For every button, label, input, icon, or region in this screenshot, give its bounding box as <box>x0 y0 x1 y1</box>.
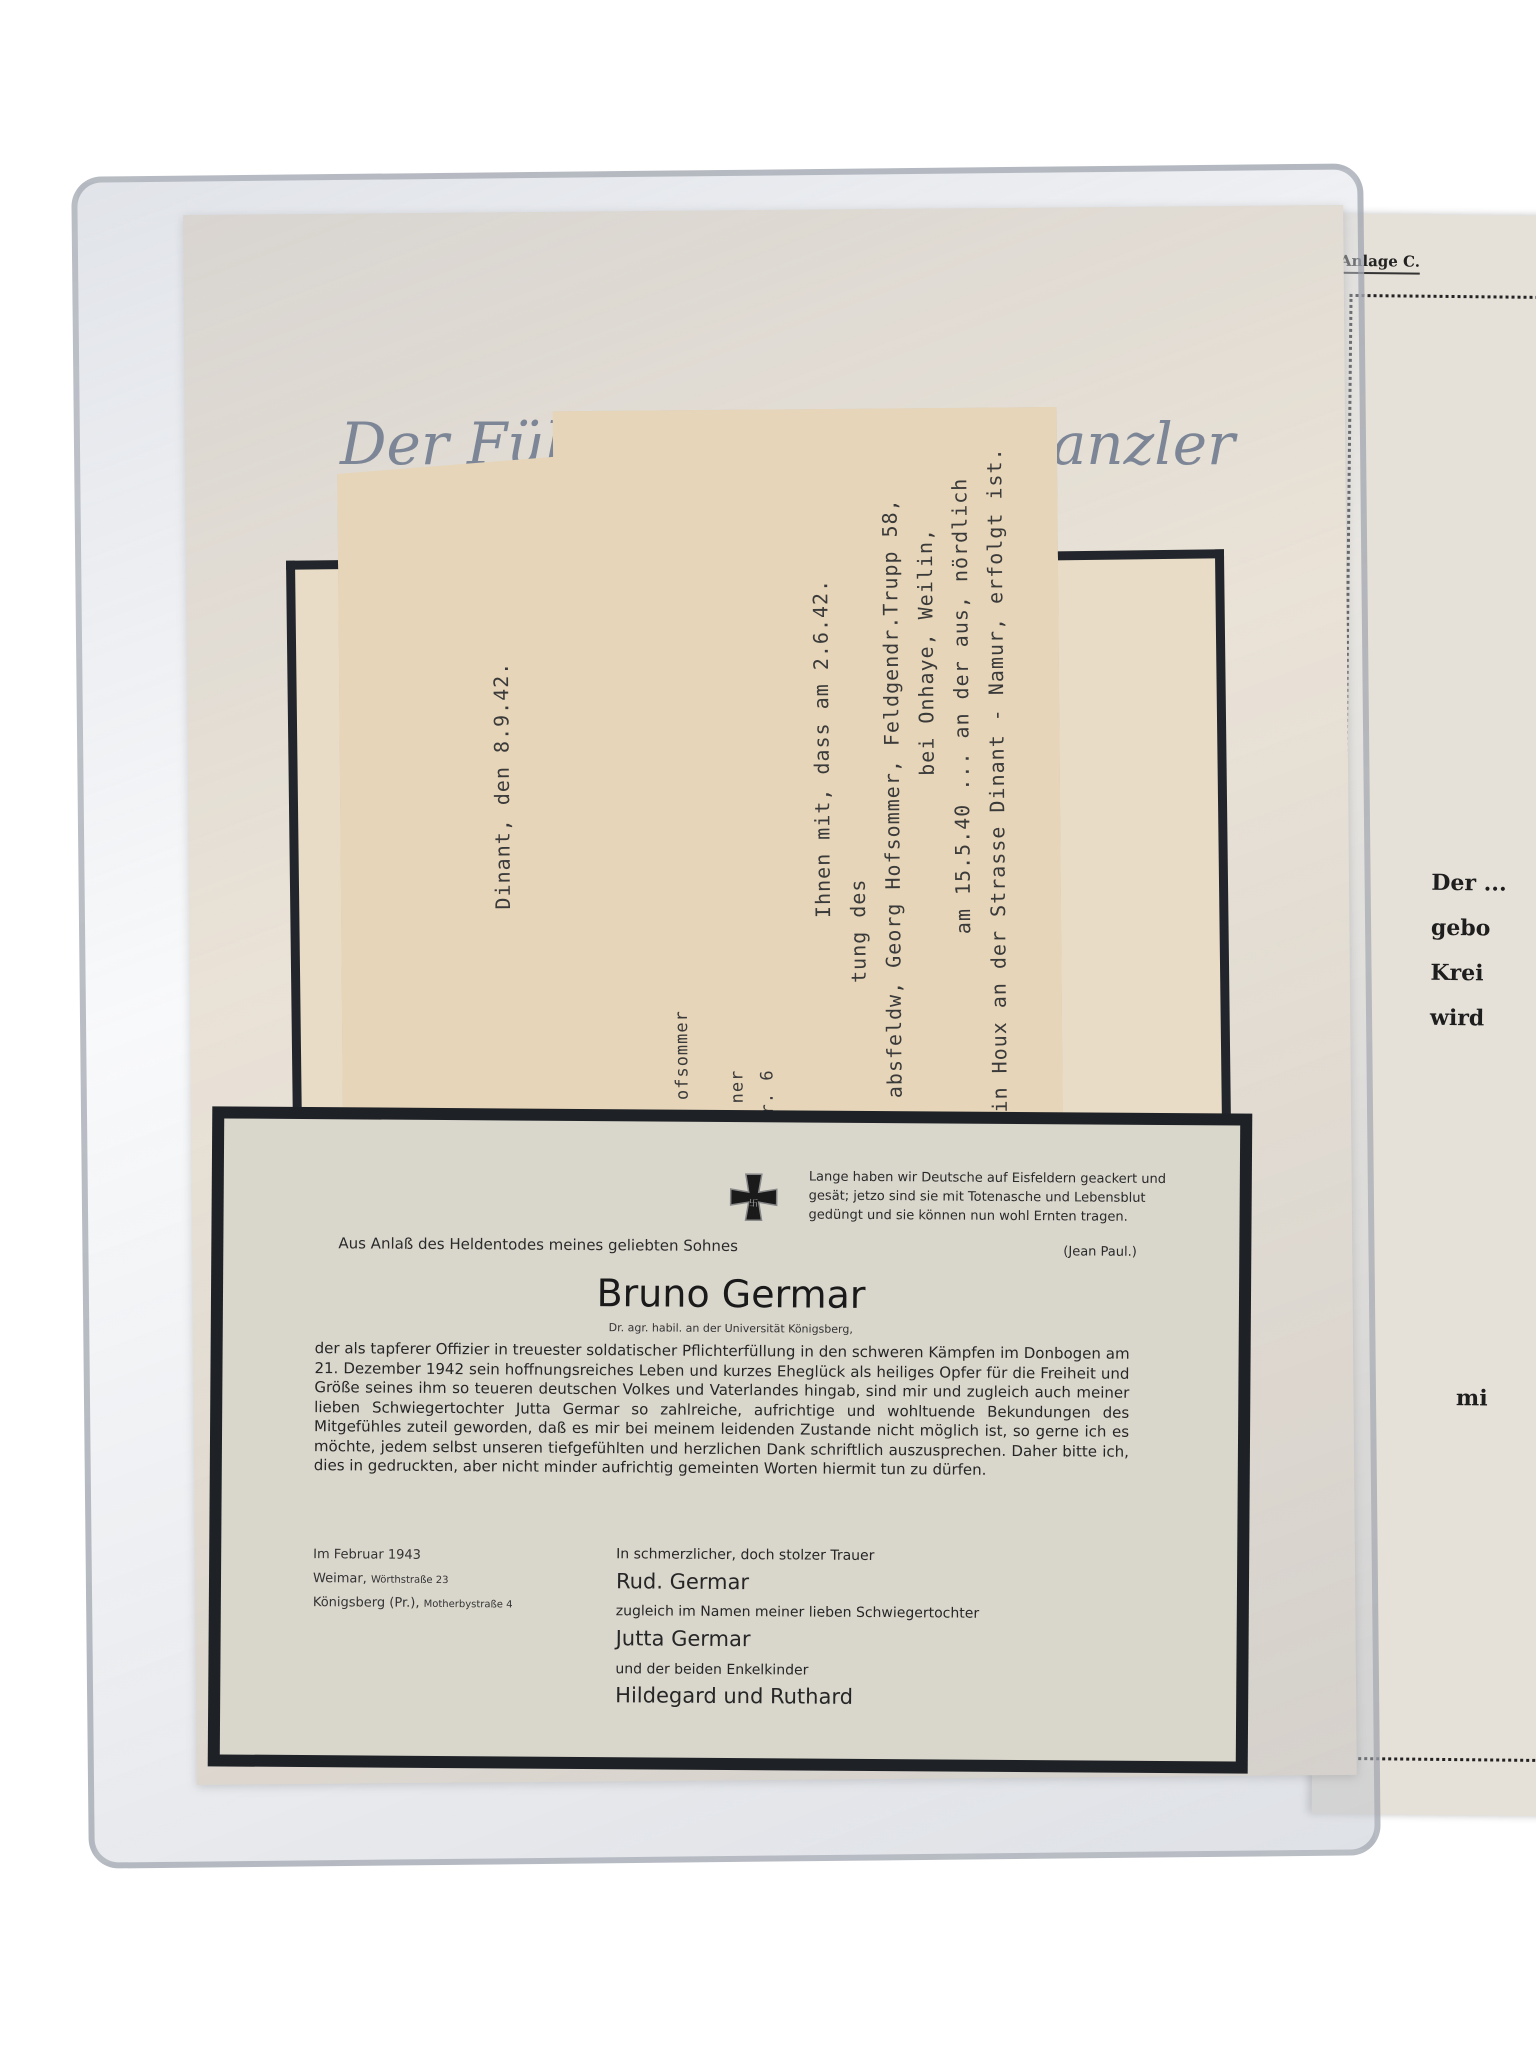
svg-text:卐: 卐 <box>749 1198 758 1209</box>
card-date: Im Februar 1943 <box>313 1547 421 1563</box>
address-line-1: Weimar, Wörthstraße 23 <box>313 1571 449 1587</box>
address-city: Weimar, <box>313 1571 367 1586</box>
quote-author: (Jean Paul.) <box>1063 1244 1137 1260</box>
letter-line: Ihnen mit, dass am 2.6.42. <box>808 579 835 918</box>
letter-place-date: Dinant, den 8.9.42. <box>489 662 515 910</box>
fraktur-line: gebo <box>1431 915 1491 942</box>
letter-address: ofsommer <box>672 1010 693 1100</box>
address-street: Motherbystraße 4 <box>424 1599 513 1611</box>
letter-line: am 15.5.40 ... an der aus, nördlich <box>947 478 975 935</box>
address-street: Wörthstraße 23 <box>371 1574 449 1586</box>
signer-1-note: zugleich im Namen meiner lieben Schwiege… <box>616 1603 979 1622</box>
signer-1: Rud. Germar <box>616 1569 749 1594</box>
signer-3: Hildegard und Ruthard <box>615 1683 853 1709</box>
iron-cross-icon: 卐 <box>723 1172 783 1232</box>
letter-address: ner <box>727 1070 747 1104</box>
quote-text: Lange haben wir Deutsche auf Eisfeldern … <box>809 1168 1199 1228</box>
letter-line: bei Onhaye, Weilin, <box>913 528 939 776</box>
fraktur-line: wird <box>1430 1005 1485 1032</box>
fraktur-line: mi <box>1456 1385 1488 1411</box>
letter-address: r. 6 <box>757 1069 777 1114</box>
fraktur-line: Der ... <box>1431 870 1507 897</box>
typed-letter: Dinant, den 8.9.42. ofsommer ner r. 6 Ih… <box>337 407 1064 1173</box>
address-line-2: Königsberg (Pr.), Motherbystraße 4 <box>313 1595 513 1611</box>
mourning-line: In schmerzlicher, doch stolzer Trauer <box>616 1546 874 1564</box>
intro-line: Aus Anlaß des Heldentodes meines geliebt… <box>338 1234 738 1255</box>
address-city: Königsberg (Pr.), <box>313 1595 420 1611</box>
deceased-name: Bruno Germar <box>223 1268 1239 1319</box>
card-body: der als tapferer Offizier in treuester s… <box>314 1339 1130 1481</box>
letter-line: tung des <box>846 879 871 984</box>
signer-2-note: und der beiden Enkelkinder <box>615 1661 808 1678</box>
signer-2: Jutta Germar <box>616 1626 751 1651</box>
deceased-title: Dr. agr. habil. an der Universität König… <box>223 1318 1239 1338</box>
fraktur-line: Krei <box>1430 960 1483 987</box>
memorial-card: 卐 Lange haben wir Deutsche auf Eisfelder… <box>208 1106 1253 1773</box>
letter-line: absfeldw, Georg Hofsommer, Feldgendr.Tru… <box>877 498 906 1098</box>
card-face: 卐 Lange haben wir Deutsche auf Eisfelder… <box>220 1118 1240 1761</box>
